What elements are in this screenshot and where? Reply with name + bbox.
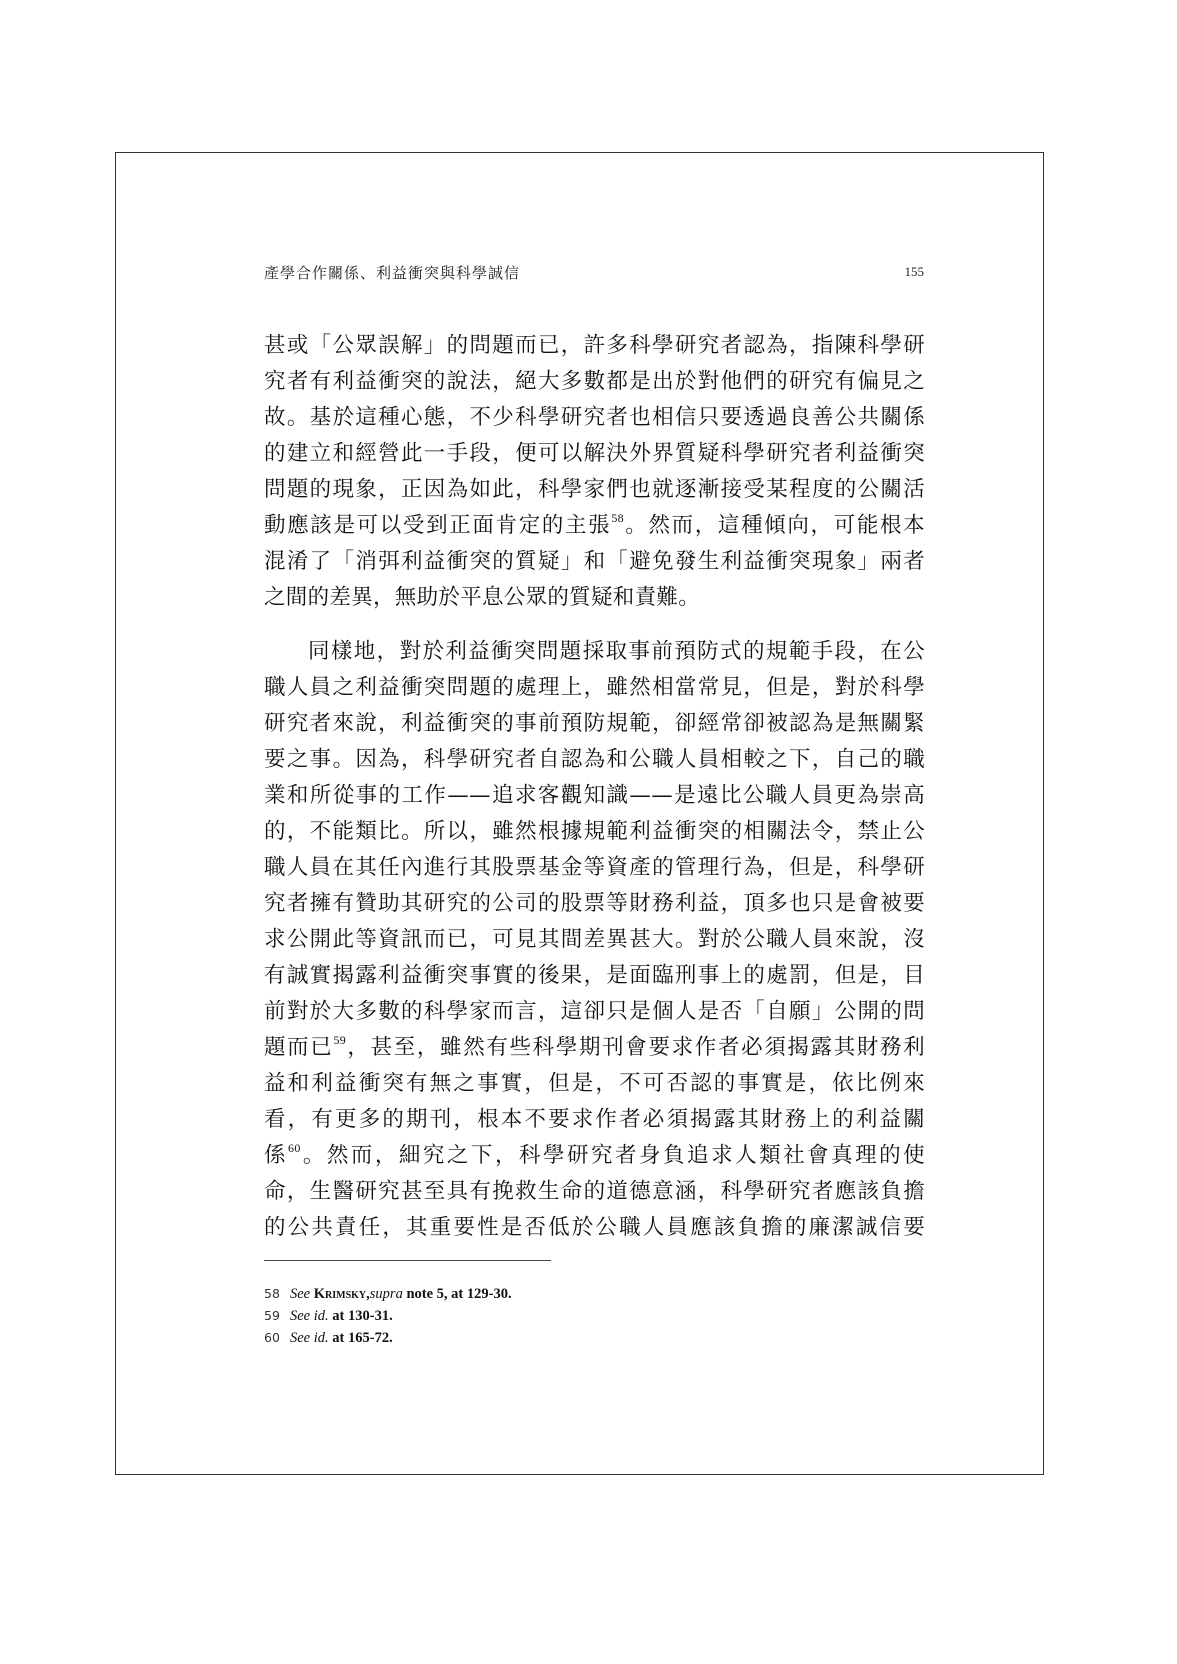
footnote-separator	[264, 1260, 551, 1261]
text-line: 動應該是可以受到正面肯定的主張58。然而，這種傾向，可能根本	[264, 508, 925, 544]
text-line: 職人員在其任內進行其股票基金等資產的管理行為，但是，科學研	[264, 850, 925, 886]
text-line: 的，不能類比。所以，雖然根據規範利益衝突的相關法令，禁止公	[264, 814, 925, 850]
text-line: 職人員之利益衝突問題的處理上，雖然相當常見，但是，對於科學	[264, 670, 925, 706]
text-line: 究者擁有贊助其研究的公司的股票等財務利益，頂多也只是會被要	[264, 886, 925, 922]
text-line: 前對於大多數的科學家而言，這卻只是個人是否「自願」公開的問	[264, 994, 925, 1030]
paragraph-2: 同樣地，對於利益衝突問題採取事前預防式的規範手段，在公 職人員之利益衝突問題的處…	[264, 634, 925, 1246]
text-line: 看，有更多的期刊，根本不要求作者必須揭露其財務上的利益關	[264, 1102, 925, 1138]
paragraph-gap	[264, 616, 925, 634]
footnote-58: 58See Krimsky,supra note 5, at 129-30.	[264, 1283, 864, 1305]
footnote-59: 59See id. at 130-31.	[264, 1305, 864, 1327]
footnote-id: id.	[314, 1330, 329, 1346]
footnote-citation: at 130-31.	[332, 1308, 392, 1324]
text-line: 的公共責任，其重要性是否低於公職人員應該負擔的廉潔誠信要	[264, 1210, 925, 1246]
footnote-ref-58[interactable]: 58	[611, 511, 624, 525]
footnote-id: id.	[314, 1308, 329, 1324]
text-line: 係60。然而，細究之下，科學研究者身負追求人類社會真理的使	[264, 1138, 925, 1174]
footnote-signal: See	[290, 1330, 310, 1346]
text-fragment: 題而已	[264, 1035, 333, 1060]
text-line: 題而已59，甚至，雖然有些科學期刊會要求作者必須揭露其財務利	[264, 1030, 925, 1066]
running-title: 產學合作關係、利益衝突與科學誠信	[264, 262, 520, 283]
footnote-ref-59[interactable]: 59	[333, 1033, 346, 1047]
text-fragment: ，甚至，雖然有些科學期刊會要求作者必須揭露其財務利	[346, 1035, 925, 1060]
text-line: 業和所從事的工作——追求客觀知識——是遠比公職人員更為崇高	[264, 778, 925, 814]
text-fragment: 係	[264, 1143, 288, 1168]
footnote-60: 60See id. at 165-72.	[264, 1327, 864, 1349]
running-header: 產學合作關係、利益衝突與科學誠信 155	[264, 262, 924, 288]
paragraph-1: 甚或「公眾誤解」的問題而已，許多科學研究者認為，指陳科學研 究者有利益衝突的說法…	[264, 328, 925, 616]
text-fragment: 。然而，細究之下，科學研究者身負追求人類社會真理的使	[301, 1143, 925, 1168]
footnote-signal: See	[290, 1286, 310, 1302]
text-line: 甚或「公眾誤解」的問題而已，許多科學研究者認為，指陳科學研	[264, 328, 925, 364]
text-line: 同樣地，對於利益衝突問題採取事前預防式的規範手段，在公	[264, 634, 925, 670]
footnote-signal: See	[290, 1308, 310, 1324]
footnote-citation: at 165-72.	[332, 1330, 392, 1346]
page-number: 155	[905, 264, 925, 280]
text-line: 求公開此等資訊而已，可見其間差異甚大。對於公職人員來說，沒	[264, 922, 925, 958]
footnote-ref-60[interactable]: 60	[288, 1141, 301, 1155]
text-line: 究者有利益衝突的說法，絕大多數都是出於對他們的研究有偏見之	[264, 364, 925, 400]
text-line: 有誠實揭露利益衝突事實的後果，是面臨刑事上的處罰，但是，目	[264, 958, 925, 994]
footnote-number: 59	[264, 1305, 290, 1326]
text-line: 問題的現象，正因為如此，科學家們也就逐漸接受某程度的公關活	[264, 472, 925, 508]
text-line: 混淆了「消弭利益衝突的質疑」和「避免發生利益衝突現象」兩者	[264, 544, 925, 580]
body-text: 甚或「公眾誤解」的問題而已，許多科學研究者認為，指陳科學研 究者有利益衝突的說法…	[264, 328, 925, 1246]
footnote-citation: note 5, at 129-30.	[406, 1286, 511, 1302]
footnote-author: Krimsky,	[314, 1286, 370, 1302]
text-line: 之間的差異，無助於平息公眾的質疑和責難。	[264, 580, 925, 616]
text-fragment: 。然而，這種傾向，可能根本	[624, 513, 925, 538]
text-line: 命，生醫研究甚至具有挽救生命的道德意涵，科學研究者應該負擔	[264, 1174, 925, 1210]
footnote-number: 60	[264, 1327, 290, 1348]
text-line: 要之事。因為，科學研究者自認為和公職人員相較之下，自己的職	[264, 742, 925, 778]
text-fragment: 動應該是可以受到正面肯定的主張	[264, 513, 611, 538]
footnote-number: 58	[264, 1283, 290, 1304]
text-line: 故。基於這種心態，不少科學研究者也相信只要透過良善公共關係	[264, 400, 925, 436]
footnote-supra: supra	[370, 1286, 403, 1302]
text-line: 的建立和經營此一手段，便可以解決外界質疑科學研究者利益衝突	[264, 436, 925, 472]
footnotes: 58See Krimsky,supra note 5, at 129-30. 5…	[264, 1283, 864, 1349]
text-line: 研究者來說，利益衝突的事前預防規範，卻經常卻被認為是無關緊	[264, 706, 925, 742]
text-line: 益和利益衝突有無之事實，但是，不可否認的事實是，依比例來	[264, 1066, 925, 1102]
